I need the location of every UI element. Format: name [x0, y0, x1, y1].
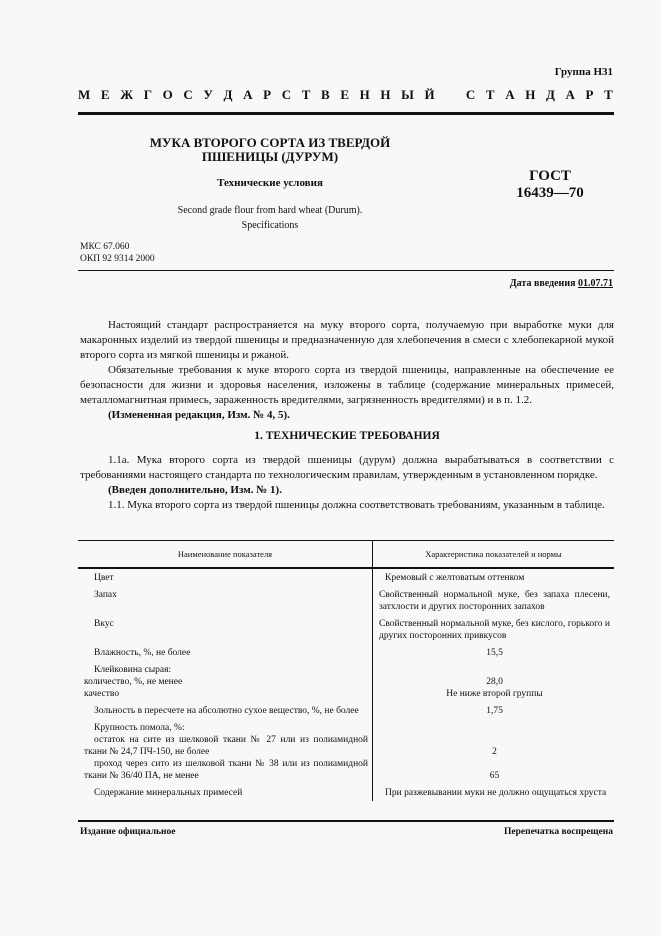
date-value: 01.07.71: [578, 278, 613, 289]
banner-letter: Г: [144, 87, 152, 103]
section-heading: 1. ТЕХНИЧЕСКИЕ ТРЕБОВАНИЯ: [80, 430, 614, 442]
indicator-name: Влажность, %, не более: [84, 648, 190, 658]
banner-letter: М: [78, 87, 90, 103]
english-title: Second grade flour from hard wheat (Duru…: [120, 203, 420, 233]
section1-body: 1.1а. Мука второго сорта из твердой пшен…: [80, 453, 614, 513]
banner-letter: Н: [360, 87, 370, 103]
title-line: МУКА ВТОРОГО СОРТА ИЗ ТВЕРДОЙ: [120, 136, 420, 150]
indicator-value: Кремовый с желтоватым оттенком: [379, 573, 524, 583]
indicator-name: Клейковина сырая:: [84, 664, 368, 676]
banner-letter: Н: [525, 87, 535, 103]
reprint-prohibited-note: Перепечатка воспрещена: [504, 827, 613, 837]
indicator-subitem: остаток на сите из шелковой ткани № 27 и…: [84, 734, 368, 758]
banner-letter: А: [243, 87, 252, 103]
banner-letter: Й: [425, 87, 435, 103]
header-rule: [78, 112, 614, 115]
indicator-name: Крупность помола, %:: [84, 722, 368, 734]
banner-letter: Е: [101, 87, 110, 103]
banner-letter: С: [466, 87, 475, 103]
gost-number: 16439—70: [480, 185, 620, 202]
gost-designation: ГОСТ 16439—70: [480, 168, 620, 202]
header-divider: [78, 270, 614, 271]
interstate-standard-banner: М Е Ж Г О С У Д А Р С Т В Е Н Н Ы Й С Т …: [78, 87, 613, 103]
column-header: Характеристика показателей и нормы: [373, 541, 615, 569]
table-row: Цвет Кремовый с желтоватым оттенком: [78, 568, 614, 586]
indicator-name: Цвет: [84, 573, 114, 583]
banner-letter: Д: [224, 87, 233, 103]
requirements-table: Наименование показателя Характеристика п…: [78, 540, 614, 801]
intro-paragraph: Настоящий стандарт распространяется на м…: [80, 318, 614, 363]
banner-letter: Р: [586, 87, 594, 103]
indicator-value: Не ниже второй группы: [379, 688, 610, 700]
indicator-name: Вкус: [84, 619, 114, 629]
banner-letter: [445, 87, 455, 103]
classification-codes: МКС 67.060 ОКП 92 9314 2000: [80, 241, 155, 265]
mks-code: МКС 67.060: [80, 241, 155, 253]
banner-letter: Ж: [120, 87, 133, 103]
date-label: Дата введения: [510, 278, 576, 289]
indicator-value: Свойственный нормальной муке, без запаха…: [373, 586, 615, 615]
banner-letter: Р: [263, 87, 271, 103]
banner-letter: Н: [380, 87, 390, 103]
indicator-value: 28,0: [379, 676, 610, 688]
table-row: Влажность, %, не более 15,5: [78, 644, 614, 661]
introduction-date: Дата введения 01.07.71: [510, 278, 613, 289]
indicator-value: При разжевывании муки не должно ощущатьс…: [373, 784, 615, 801]
document-subtitle: Технические условия: [120, 177, 420, 189]
official-edition-note: Издание официальное: [80, 827, 176, 837]
banner-letter: А: [505, 87, 514, 103]
intro-section: Настоящий стандарт распространяется на м…: [80, 318, 614, 423]
table-row: Клейковина сырая: количество, %, не мене…: [78, 661, 614, 702]
group-code: Группа Н31: [555, 66, 613, 78]
table-row: Крупность помола, %: остаток на сите из …: [78, 719, 614, 784]
amendment-note: (Введен дополнительно, Изм. № 1).: [80, 483, 614, 498]
english-title-line: Specifications: [120, 218, 420, 233]
banner-letter: А: [566, 87, 575, 103]
english-title-line: Second grade flour from hard wheat (Duru…: [120, 203, 420, 218]
banner-letter: О: [163, 87, 173, 103]
banner-letter: С: [282, 87, 291, 103]
table-row: Запах Свойственный нормальной муке, без …: [78, 586, 614, 615]
footer-rule: [78, 820, 614, 822]
okp-code: ОКП 92 9314 2000: [80, 253, 155, 265]
banner-letter: Т: [302, 87, 311, 103]
indicator-name: Содержание минеральных примесей: [84, 788, 242, 798]
table-row: Содержание минеральных примесей При разж…: [78, 784, 614, 801]
banner-letter: Е: [340, 87, 349, 103]
table-row: Вкус Свойственный нормальной муке, без к…: [78, 615, 614, 644]
indicator-name: Запах: [84, 590, 117, 600]
indicator-name: Зольность в пересчете на абсолютно сухое…: [78, 702, 373, 719]
banner-letter: Д: [546, 87, 555, 103]
indicator-value: 2: [379, 746, 610, 758]
indicator-value: 1,75: [373, 702, 615, 719]
indicator-subitem: проход через сито из шелковой ткани № 38…: [84, 758, 368, 782]
banner-letter: Т: [486, 87, 495, 103]
document-title: МУКА ВТОРОГО СОРТА ИЗ ТВЕРДОЙ ПШЕНИЦЫ (Д…: [120, 136, 420, 164]
clause-1-1: 1.1. Мука второго сорта из твердой пшени…: [80, 498, 614, 513]
indicator-subitem: качество: [84, 688, 368, 700]
amendment-note: (Измененная редакция, Изм. № 4, 5).: [80, 408, 614, 423]
indicator-subitem: количество, %, не менее: [84, 676, 368, 688]
indicator-value: 15,5: [373, 644, 615, 661]
table-header-row: Наименование показателя Характеристика п…: [78, 541, 614, 569]
banner-letter: Т: [604, 87, 613, 103]
banner-letter: Ы: [401, 87, 414, 103]
intro-paragraph: Обязательные требования к муке второго с…: [80, 363, 614, 408]
banner-letter: С: [183, 87, 192, 103]
clause-1-1a: 1.1а. Мука второго сорта из твердой пшен…: [80, 453, 614, 483]
table-row: Зольность в пересчете на абсолютно сухое…: [78, 702, 614, 719]
column-header: Наименование показателя: [78, 541, 373, 569]
gost-label: ГОСТ: [480, 168, 620, 185]
banner-letter: У: [203, 87, 213, 103]
indicator-value: Свойственный нормальной муке, без кислог…: [373, 615, 615, 644]
indicator-value: 65: [379, 770, 610, 782]
banner-letter: В: [321, 87, 330, 103]
title-line: ПШЕНИЦЫ (ДУРУМ): [120, 150, 420, 164]
